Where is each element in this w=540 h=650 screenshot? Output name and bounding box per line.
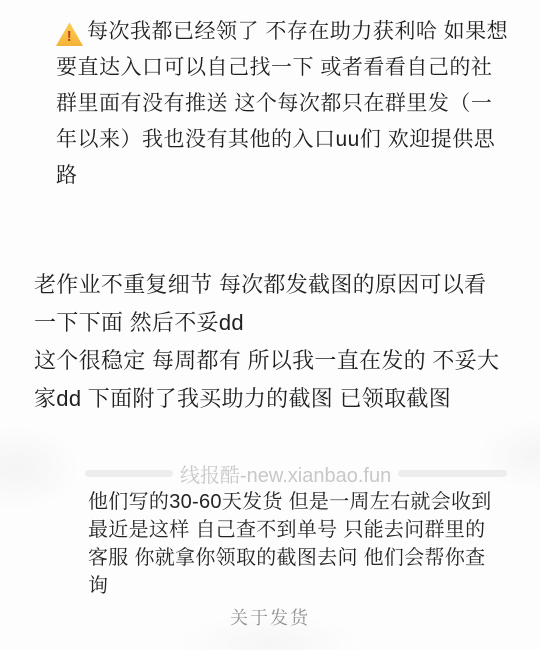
notice-line-text: 群里面有没有推送 这个每次都只在群里发（一 <box>56 86 508 122</box>
remarks-line-text: 家dd 下面附了我买助力的截图 已领取截图 <box>34 380 499 418</box>
shipping-line-text: 询 <box>88 572 492 600</box>
divider-bar-left <box>85 470 173 477</box>
divider-bar-right <box>398 470 507 477</box>
post-text-page: !每次我都已经领了 不存在助力获利哈 如果想 要直达入口可以自己找一下 或者看看… <box>0 0 540 650</box>
warning-icon: ! <box>56 22 83 46</box>
watermark-divider: 线报酷-new.xianbao.fun <box>85 461 507 485</box>
shipping-line-text: 最近是这样 自己查不到单号 只能去问群里的 <box>88 516 492 544</box>
remarks-line-text: 老作业不重复细节 每次都发截图的原因可以看 <box>34 266 499 304</box>
remarks-paragraph: 老作业不重复细节 每次都发截图的原因可以看 一下下面 然后不妥dd 这个很稳定 … <box>34 266 499 418</box>
notice-line-text: 路 <box>56 158 508 194</box>
image-caption: 关于发货 <box>0 604 540 630</box>
remarks-line-text: 一下下面 然后不妥dd <box>34 304 499 342</box>
notice-line-text: 每次我都已经领了 不存在助力获利哈 如果想 <box>87 20 508 43</box>
remarks-line-text: 这个很稳定 每周都有 所以我一直在发的 不妥大 <box>34 342 499 380</box>
warning-exclamation-glyph: ! <box>67 27 73 46</box>
watermark-text: 线报酷-new.xianbao.fun <box>180 459 391 488</box>
notice-line-text: 年以来）我也没有其他的入口uu们 欢迎提供思 <box>56 122 508 158</box>
warning-notice-paragraph: !每次我都已经领了 不存在助力获利哈 如果想 要直达入口可以自己找一下 或者看看… <box>56 14 508 194</box>
notice-line-text: 要直达入口可以自己找一下 或者看看自己的社 <box>56 50 508 86</box>
shipping-line-text: 客服 你就拿你领取的截图去问 他们会帮你查 <box>88 544 492 572</box>
shipping-info-paragraph: 他们写的30-60天发货 但是一周左右就会收到 最近是这样 自己查不到单号 只能… <box>88 488 492 600</box>
notice-line: !每次我都已经领了 不存在助力获利哈 如果想 <box>56 14 508 50</box>
shipping-line-text: 他们写的30-60天发货 但是一周左右就会收到 <box>88 488 492 516</box>
